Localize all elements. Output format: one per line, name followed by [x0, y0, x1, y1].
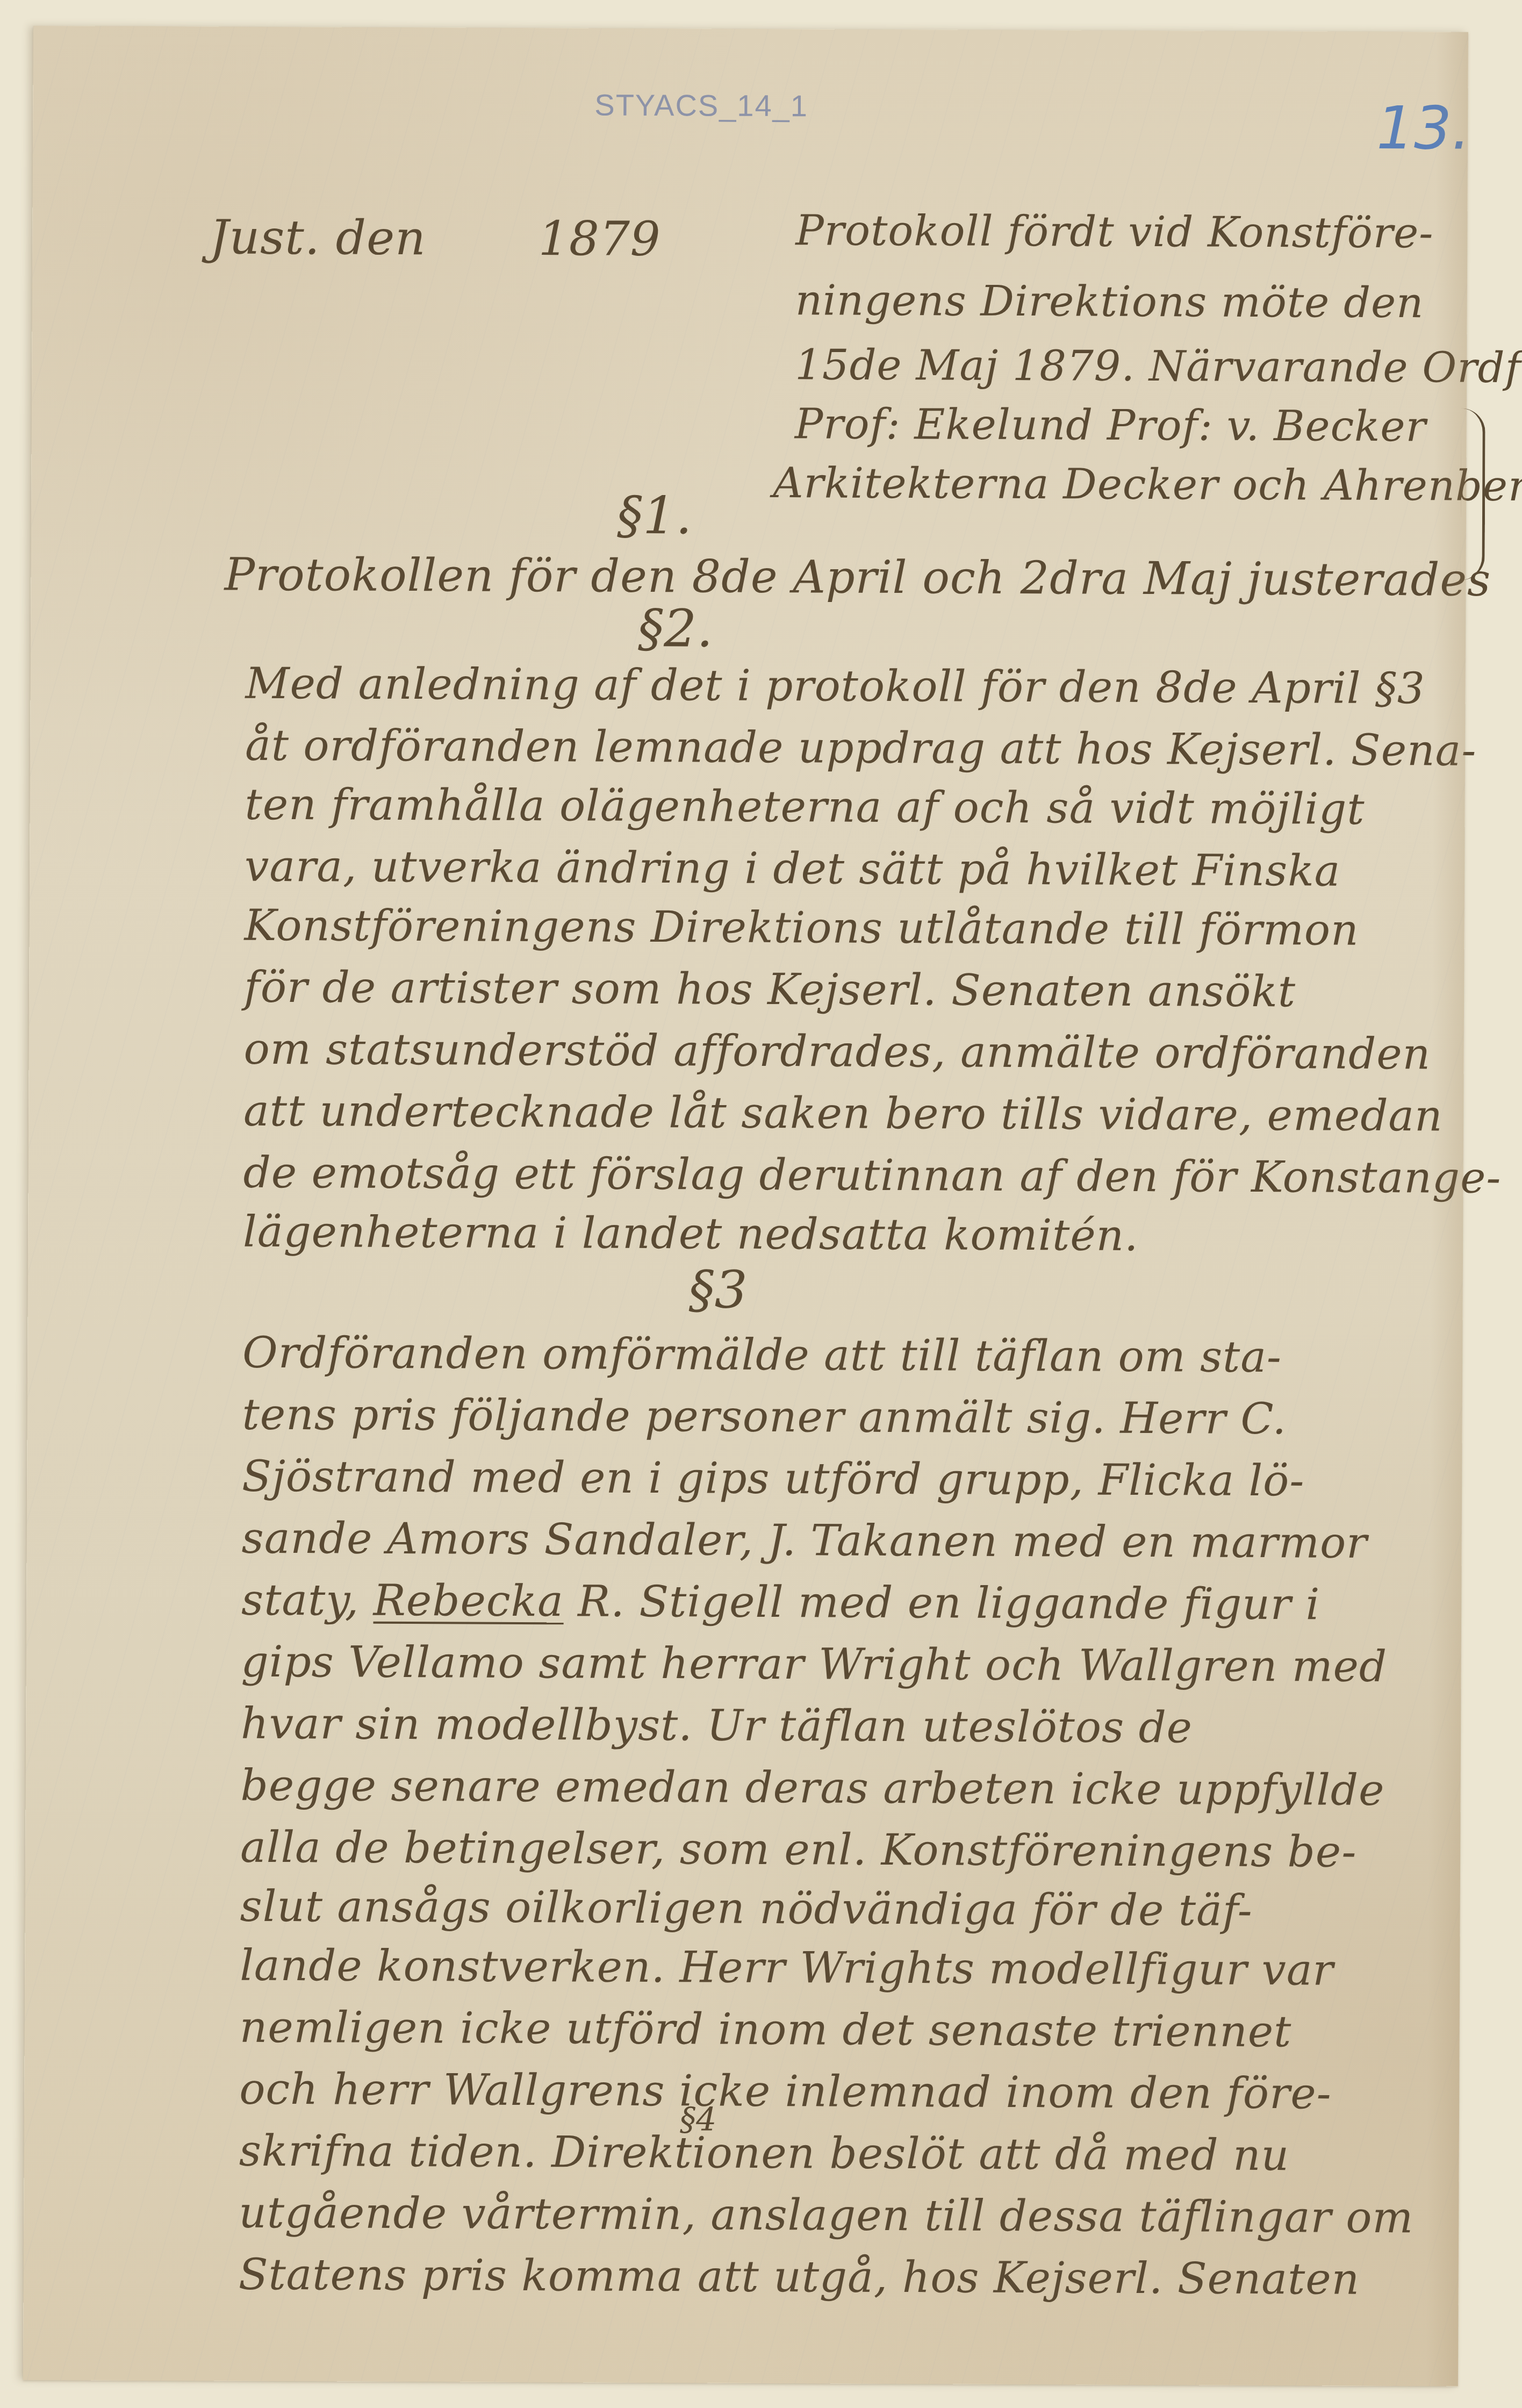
section-3-line: slut ansågs oilkorligen nödvändiga för d…: [240, 1881, 1253, 1936]
section-3-line: Statens pris komma att utgå, hos Kejserl…: [239, 2249, 1360, 2304]
section-2-line: för de artister som hos Kejserl. Senaten…: [244, 962, 1296, 1017]
heading-line: Prof: Ekelund Prof: v. Becker: [795, 400, 1427, 451]
section-3-line: Ordföranden omförmälde att till täflan o…: [242, 1328, 1282, 1382]
section-mark-3: §3: [689, 1259, 748, 1320]
section-3-line: Sjöstrand med en i gips utförd grupp, Fl…: [242, 1451, 1305, 1506]
section-2-line: de emotsåg ett förslag derutinnan af den…: [243, 1148, 1501, 1203]
section-mark-2: §2.: [638, 598, 713, 659]
section-2-line: lägenheterna i landet nedsatta komitén.: [243, 1207, 1139, 1260]
section-1-line: Protokollen för den 8de April och 2dra M…: [224, 548, 1491, 606]
heading-line: Arkitekterna Decker och Ahrenberg: [773, 459, 1522, 511]
margin-note-text: Just. den: [210, 209, 426, 266]
underlined-name: Rebecka: [374, 1575, 564, 1626]
section-3-line: skrifna tiden. Direktionen beslöt att då…: [239, 2126, 1290, 2181]
section-2-line: om statsunderstöd affordrades, anmälte o…: [243, 1024, 1431, 1079]
section-mark-1: §1.: [617, 485, 692, 546]
section-3-line: tens pris följande personer anmält sig. …: [242, 1389, 1287, 1444]
heading-line: Protokoll fördt vid Konstföre-: [795, 206, 1434, 257]
section-3-line: utgående vårtermin, anslagen till dessa …: [239, 2188, 1413, 2243]
section-3-line: gips Vellamo samt herrar Wright och Wall…: [241, 1637, 1388, 1692]
section-3-line: alla de betingelser, som enl. Konstfören…: [240, 1822, 1356, 1877]
folio-number: 13.: [1376, 94, 1470, 163]
archive-reference: STYACS_14_1: [594, 88, 808, 124]
margin-note-year: 1879: [539, 211, 661, 267]
section-2-line: Med anledning af det i protokoll för den…: [245, 658, 1425, 714]
section-2-line: åt ordföranden lemnade uppdrag att hos K…: [245, 720, 1477, 776]
heading-line: ningens Direktions möte den: [795, 276, 1424, 327]
section-2-line: att undertecknade låt saken bero tills v…: [243, 1086, 1443, 1141]
manuscript-page: STYACS_14_1 13. Just. den 1879 Protokoll…: [23, 26, 1468, 2386]
section-3-line: nemligen icke utförd inom det senaste tr…: [240, 2002, 1292, 2057]
section-3-line: och herr Wallgrens icke inlemnad inom de…: [239, 2064, 1332, 2119]
section-2-line: Konstföreningens Direktions utlåtande ti…: [245, 900, 1359, 955]
section-3-line: lande konstverken. Herr Wrights modellfi…: [240, 1940, 1334, 1995]
section-3-line: staty, Rebecka R. Stigell med en liggand…: [241, 1575, 1320, 1630]
margin-note: Just. den 1879: [210, 209, 661, 267]
section-2-line: ten framhålla olägenheterna af och så vi…: [245, 779, 1365, 834]
section-3-line: begge senare emedan deras arbeten icke u…: [241, 1760, 1385, 1815]
section-3-line: hvar sin modellbyst. Ur täflan uteslötos…: [241, 1698, 1193, 1753]
heading-line: 15de Maj 1879. Närvarande Ordf:: [795, 341, 1522, 392]
section-2-line: vara, utverka ändring i det sätt på hvil…: [245, 841, 1341, 896]
section-3-line: sande Amors Sandaler, J. Takanen med en …: [242, 1513, 1368, 1568]
